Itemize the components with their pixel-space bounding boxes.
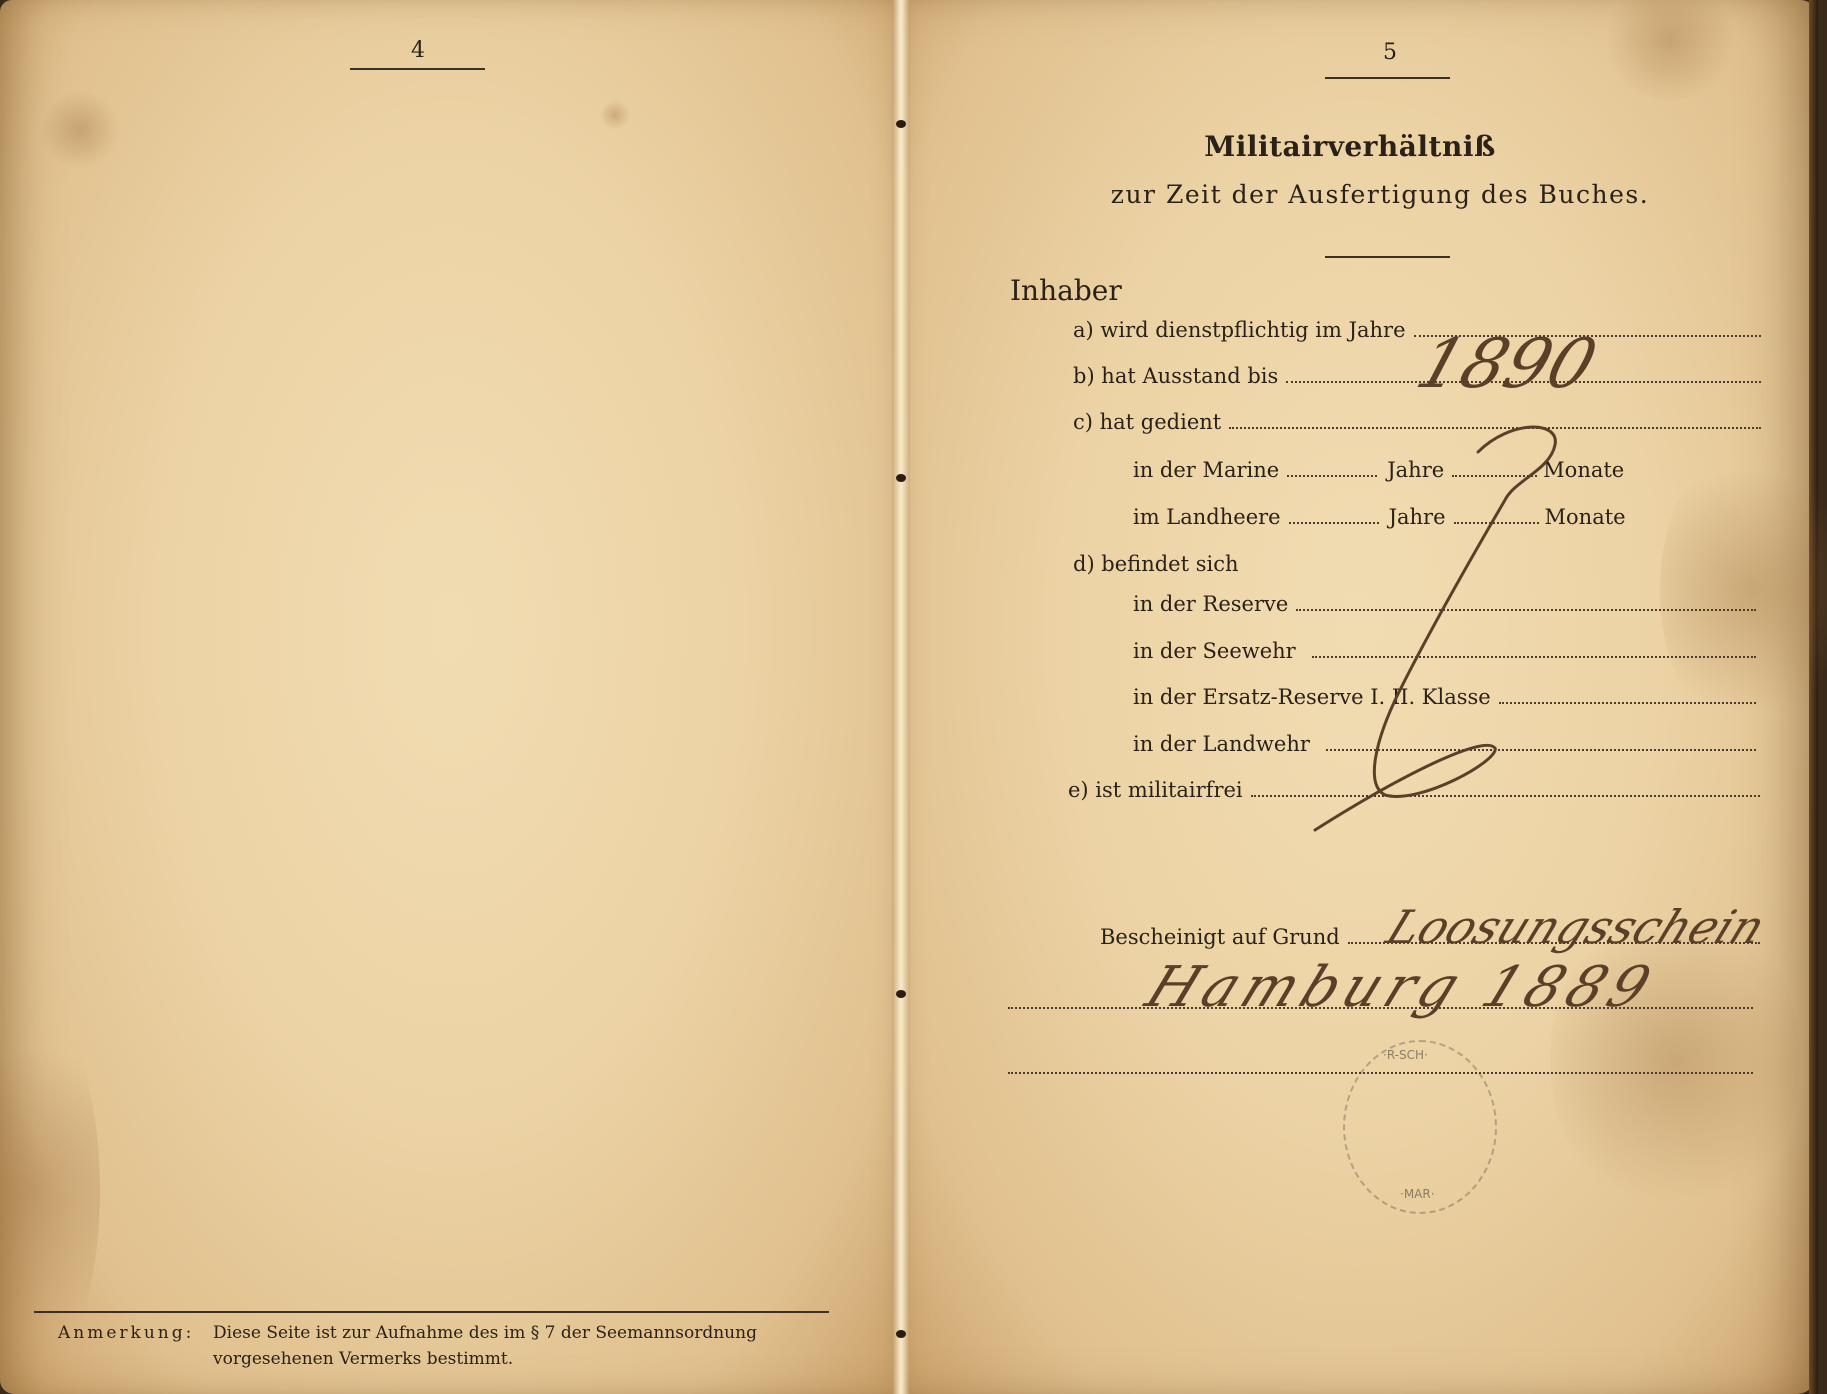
handwritten-place-date: Hamburg 1889 bbox=[1137, 955, 1665, 1020]
stamp-bottom-text: ·MAR· bbox=[1400, 1187, 1435, 1201]
official-stamp: ·R-SCH· ·MAR· bbox=[1343, 1040, 1497, 1214]
certification-label: Bescheinigt auf Grund bbox=[1100, 925, 1344, 949]
book-spread: 4 Anmerkung: Diese Seite ist zur Aufnahm… bbox=[0, 0, 1827, 1394]
handwritten-strike-stroke bbox=[0, 0, 1827, 1394]
stamp-top-text: ·R-SCH· bbox=[1383, 1048, 1428, 1062]
handwritten-certification-basis: Loosungsschein bbox=[1379, 900, 1773, 954]
